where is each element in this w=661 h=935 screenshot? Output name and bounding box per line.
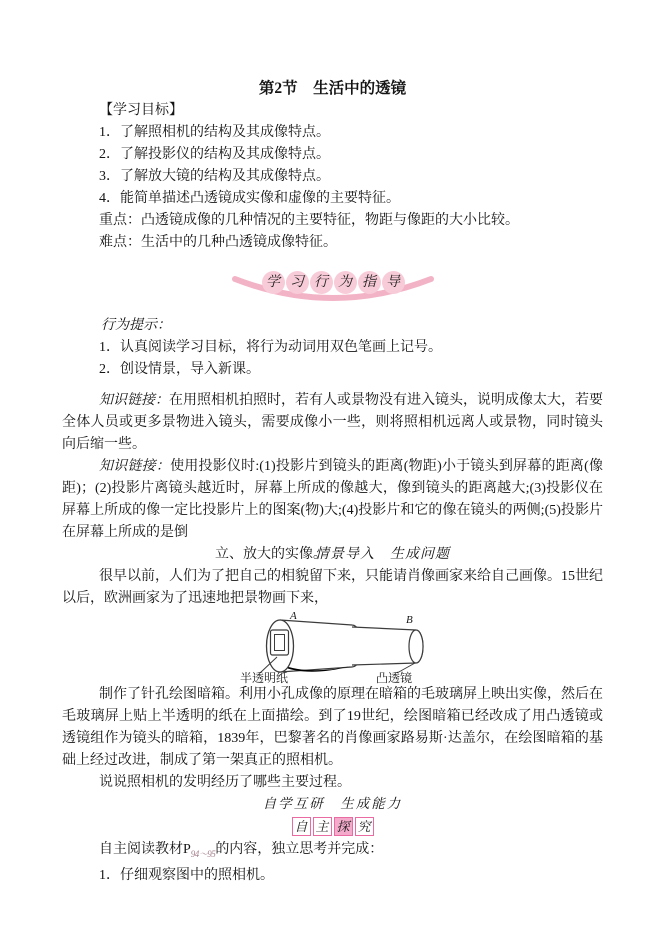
scene-intro-header: 情景导入 生成问题 xyxy=(315,547,450,562)
banner-arc-decoration xyxy=(229,273,437,311)
reading-instruction: 自主阅读教材P94～95的内容，独立思考并完成： xyxy=(62,839,603,865)
objective-item-3: 3．了解放大镜的结构及其成像特点。 xyxy=(62,166,603,188)
camera-history-paragraph-1: 很早以前，人们为了把自己的相貌留下来，只能请肖像画家来给自己画像。15世纪以后，… xyxy=(62,566,603,610)
objective-item-2: 2．了解投影仪的结构及其成像特点。 xyxy=(62,144,603,166)
scene-intro-line: 立、放大的实像。情景导入 生成问题 xyxy=(62,544,603,566)
objective-item-4: 4．能简单描述凸透镜成实像和虚像的主要特征。 xyxy=(62,188,603,210)
page-range-subscript: 94～95 xyxy=(191,849,216,859)
banner-char: 为 xyxy=(334,271,357,294)
boxed-heading-char: 自 xyxy=(292,817,311,836)
figure-label-a: A xyxy=(289,610,297,622)
knowledge-link-2-tail: 立、放大的实像。 xyxy=(215,547,327,562)
document-page: 第2节 生活中的透镜 【学习目标】 1．了解照相机的结构及其成像特点。 2．了解… xyxy=(0,0,661,935)
banner-char: 导 xyxy=(382,271,405,294)
section-title: 第2节 生活中的透镜 xyxy=(62,78,603,100)
figure-label-b: B xyxy=(406,614,413,626)
document-content: 第2节 生活中的透镜 【学习目标】 1．了解照相机的结构及其成像特点。 2．了解… xyxy=(0,0,661,887)
objectives-header: 【学习目标】 xyxy=(62,100,603,122)
knowledge-link-2-label: 知识链接： xyxy=(99,459,170,474)
difficulty-line: 难点：生活中的几种凸透镜成像特征。 xyxy=(62,232,603,254)
figure-label-paper: 半透明纸 xyxy=(240,670,288,684)
boxed-heading-char: 究 xyxy=(355,817,374,836)
boxed-heading-char: 探 xyxy=(334,817,353,836)
camera-history-paragraph-2: 制作了针孔绘图暗箱。利用小孔成像的原理在暗箱的毛玻璃屏上映出实像，然后在毛玻璃屏… xyxy=(62,684,603,772)
knowledge-link-1-label: 知识链接： xyxy=(99,393,169,408)
camera-obscura-figure: A B 半透明纸 凸透镜 xyxy=(240,610,603,684)
knowledge-link-1: 知识链接：在用照相机拍照时，若有人或景物没有进入镜头，说明成像太大，若要全体人员… xyxy=(62,390,603,456)
objective-item-1: 1．了解照相机的结构及其成像特点。 xyxy=(62,122,603,144)
task-item-1: 1．仔细观察图中的照相机。 xyxy=(62,865,603,887)
behavior-tip-2: 2．创设情景，导入新课。 xyxy=(62,359,603,381)
reading-prefix: 自主阅读教材P xyxy=(99,842,191,857)
banner-char: 习 xyxy=(286,271,309,294)
question-line: 说说照相机的发明经历了哪些主要过程。 xyxy=(62,772,603,794)
study-guidance-banner: 学习行为指导 xyxy=(62,269,603,305)
camera-obscura-diagram: A B 半透明纸 凸透镜 xyxy=(240,610,470,684)
banner-char: 学 xyxy=(262,271,285,294)
banner-char: 行 xyxy=(310,271,333,294)
boxed-heading-char: 主 xyxy=(313,817,332,836)
boxed-heading: 自主探究 xyxy=(62,817,603,839)
banner-char: 指 xyxy=(358,271,381,294)
convex-lens-shape xyxy=(409,630,423,663)
reading-suffix: 的内容，独立思考并完成： xyxy=(215,842,383,857)
behavior-tips-label: 行为提示： xyxy=(62,315,603,337)
self-study-header: 自学互研 生成能力 xyxy=(62,795,603,812)
knowledge-link-2: 知识链接：使用投影仪时:(1)投影片到镜头的距离(物距)小于镜头到屏幕的距离(像… xyxy=(62,456,603,544)
key-point-line: 重点：凸透镜成像的几种情况的主要特征，物距与像距的大小比较。 xyxy=(62,210,603,232)
figure-label-lens: 凸透镜 xyxy=(376,670,412,684)
behavior-tip-1: 1．认真阅读学习目标，将行为动词用双色笔画上记号。 xyxy=(62,337,603,359)
